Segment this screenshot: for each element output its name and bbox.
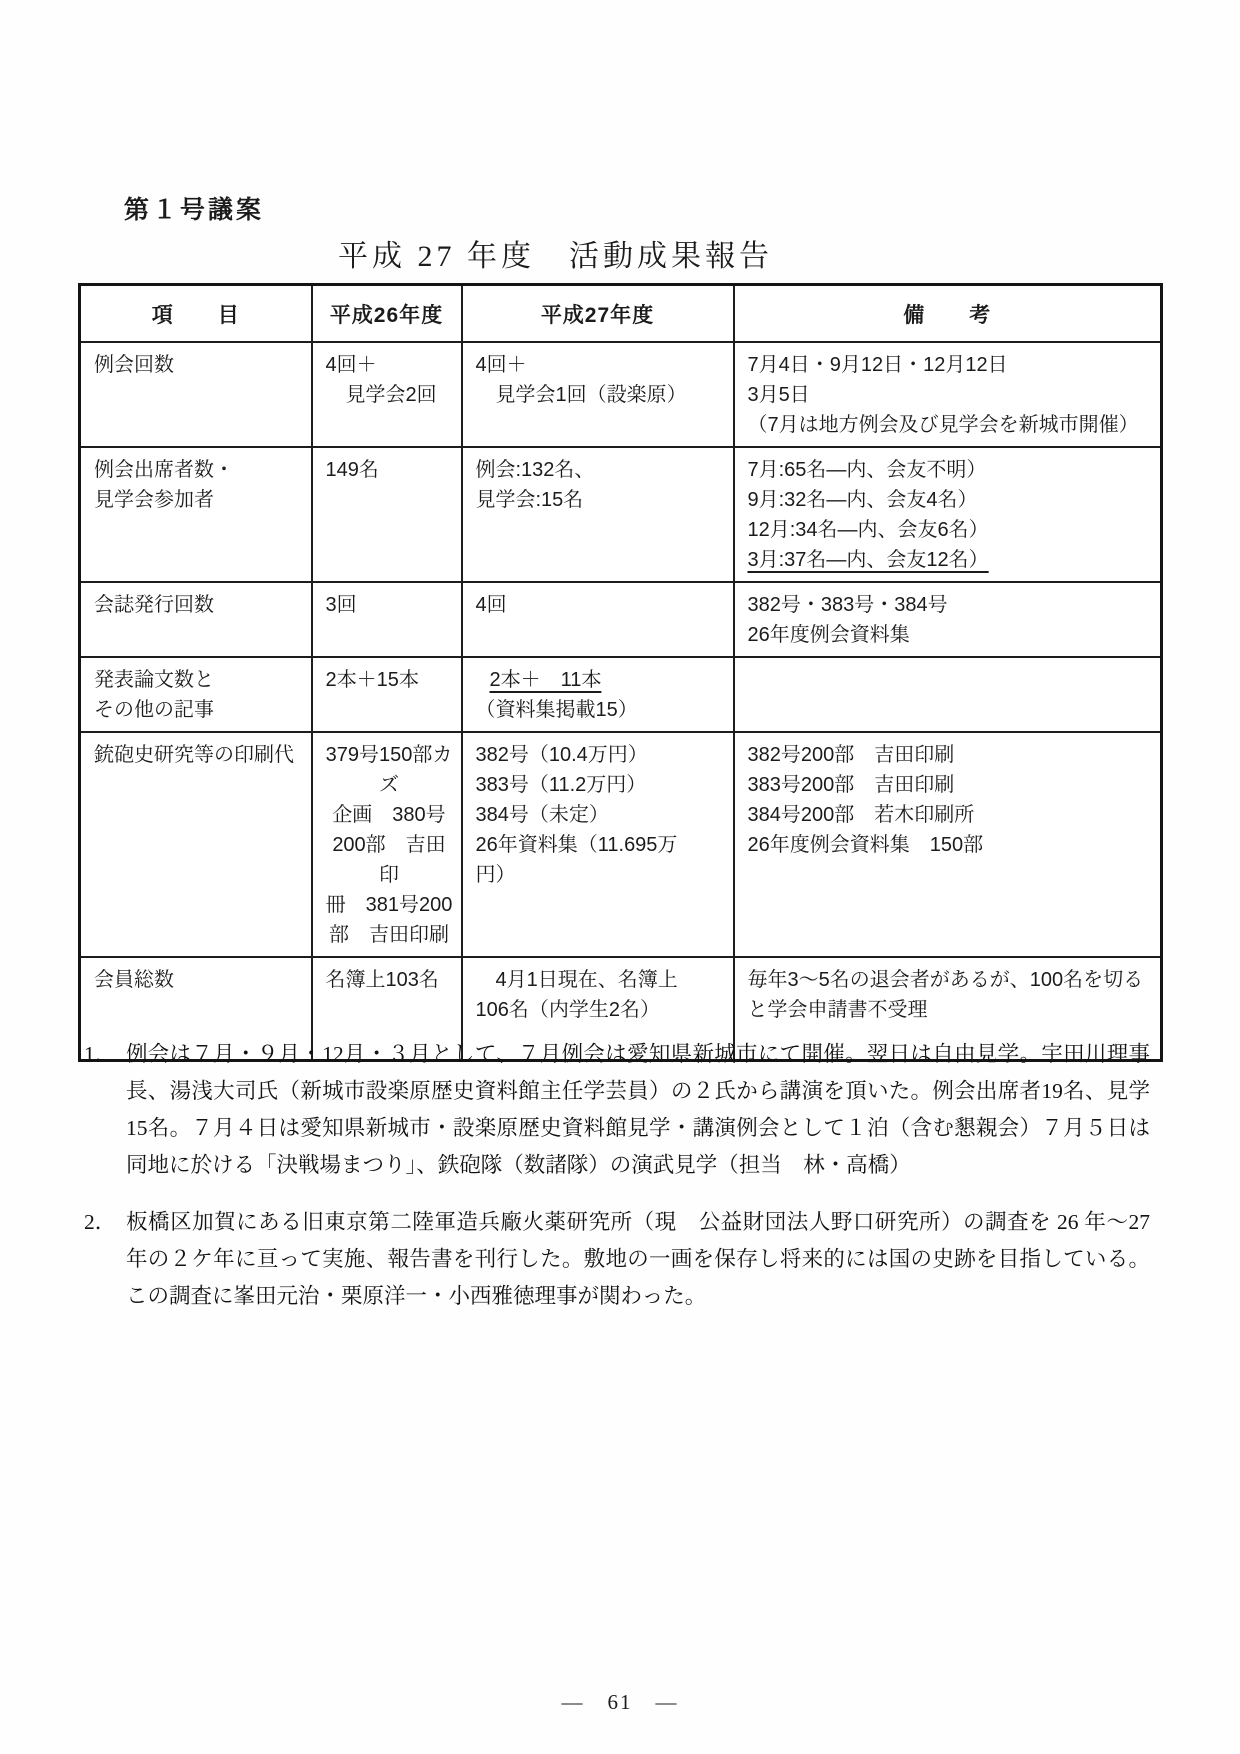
cell-h27: 382号（10.4万円） 383号（11.2万円） 384号（未定） 26年資料… [462, 732, 734, 957]
remarks-text: 7月:65名―内、会友不明） 9月:32名―内、会友4名） 12月:34名―内、… [748, 455, 1153, 545]
note-item-2: 2． 板橋区加賀にある旧東京第二陸軍造兵廠火薬研究所（現 公益財団法人野口研究所… [84, 1204, 1150, 1315]
cell-h26: 3回 [312, 582, 462, 657]
page-title: 平成 27 年度 活動成果報告 [338, 231, 773, 275]
cell-item: 会誌発行回数 [80, 582, 312, 657]
doc-label: 第１号議案 [124, 190, 264, 226]
note-number: 1． [84, 1036, 126, 1184]
table-row-journal-issues: 会誌発行回数 3回 4回 382号・383号・384号 26年度例会資料集 [80, 582, 1162, 657]
col-header-remarks: 備 考 [734, 285, 1162, 343]
cell-remarks: 7月4日・9月12日・12月12日 3月5日 （7月は地方例会及び見学会を新城市… [734, 342, 1162, 447]
table-header-row: 項 目 平成26年度 平成27年度 備 考 [80, 285, 1162, 343]
h27-underlined-line: 2本＋ 11本 [490, 665, 699, 695]
cell-h26: 2本＋15本 [312, 657, 462, 732]
cell-remarks: 7月:65名―内、会友不明） 9月:32名―内、会友4名） 12月:34名―内、… [734, 447, 1162, 582]
cell-remarks: 382号・383号・384号 26年度例会資料集 [734, 582, 1162, 657]
cell-item: 発表論文数と その他の記事 [80, 657, 312, 732]
cell-h26: 149名 [312, 447, 462, 582]
cell-h26: 4回＋ 見学会2回 [312, 342, 462, 447]
remarks-underlined-line: 3月:37名―内、会友12名） [748, 545, 1153, 575]
cell-remarks [734, 657, 1162, 732]
col-header-item: 項 目 [80, 285, 312, 343]
cell-h27: 例会:132名、 見学会:15名 [462, 447, 734, 582]
cell-item: 銃砲史研究等の印刷代 [80, 732, 312, 957]
cell-h27: 4回 [462, 582, 734, 657]
note-item-1: 1． 例会は７月・９月・12月・３月として、７月例会は愛知県新城市にて開催。翌日… [84, 1036, 1150, 1184]
cell-h27: 4回＋ 見学会1回（設楽原） [462, 342, 734, 447]
cell-remarks: 382号200部 吉田印刷 383号200部 吉田印刷 384号200部 若木印… [734, 732, 1162, 957]
table-row-printing-costs: 銃砲史研究等の印刷代 379号150部カズ 企画 380号 200部 吉田印 冊… [80, 732, 1162, 957]
notes-section: 1． 例会は７月・９月・12月・３月として、７月例会は愛知県新城市にて開催。翌日… [84, 1036, 1150, 1315]
table-row-meetings: 例会回数 4回＋ 見学会2回 4回＋ 見学会1回（設楽原） 7月4日・9月12日… [80, 342, 1162, 447]
cell-h27: 2本＋ 11本（資料集掲載15） [462, 657, 734, 732]
note-text: 例会は７月・９月・12月・３月として、７月例会は愛知県新城市にて開催。翌日は自由… [126, 1036, 1150, 1184]
col-header-h26: 平成26年度 [312, 285, 462, 343]
col-header-h27: 平成27年度 [462, 285, 734, 343]
cell-h26: 379号150部カズ 企画 380号 200部 吉田印 冊 381号200 部 … [312, 732, 462, 957]
cell-item: 例会出席者数・ 見学会参加者 [80, 447, 312, 582]
note-text: 板橋区加賀にある旧東京第二陸軍造兵廠火薬研究所（現 公益財団法人野口研究所）の調… [126, 1204, 1150, 1315]
page-number: ― 61 ― [0, 1686, 1240, 1716]
activity-report-table: 項 目 平成26年度 平成27年度 備 考 例会回数 4回＋ 見学会2回 4回＋… [78, 283, 1163, 1062]
table-row-attendance: 例会出席者数・ 見学会参加者 149名 例会:132名、 見学会:15名 7月:… [80, 447, 1162, 582]
document-page: 第１号議案 平成 27 年度 活動成果報告 項 目 平成26年度 平成27年度 … [0, 0, 1240, 1754]
cell-item: 例会回数 [80, 342, 312, 447]
h27-text: （資料集掲載15） [476, 695, 725, 725]
note-number: 2． [84, 1204, 126, 1315]
table-row-papers: 発表論文数と その他の記事 2本＋15本 2本＋ 11本（資料集掲載15） [80, 657, 1162, 732]
